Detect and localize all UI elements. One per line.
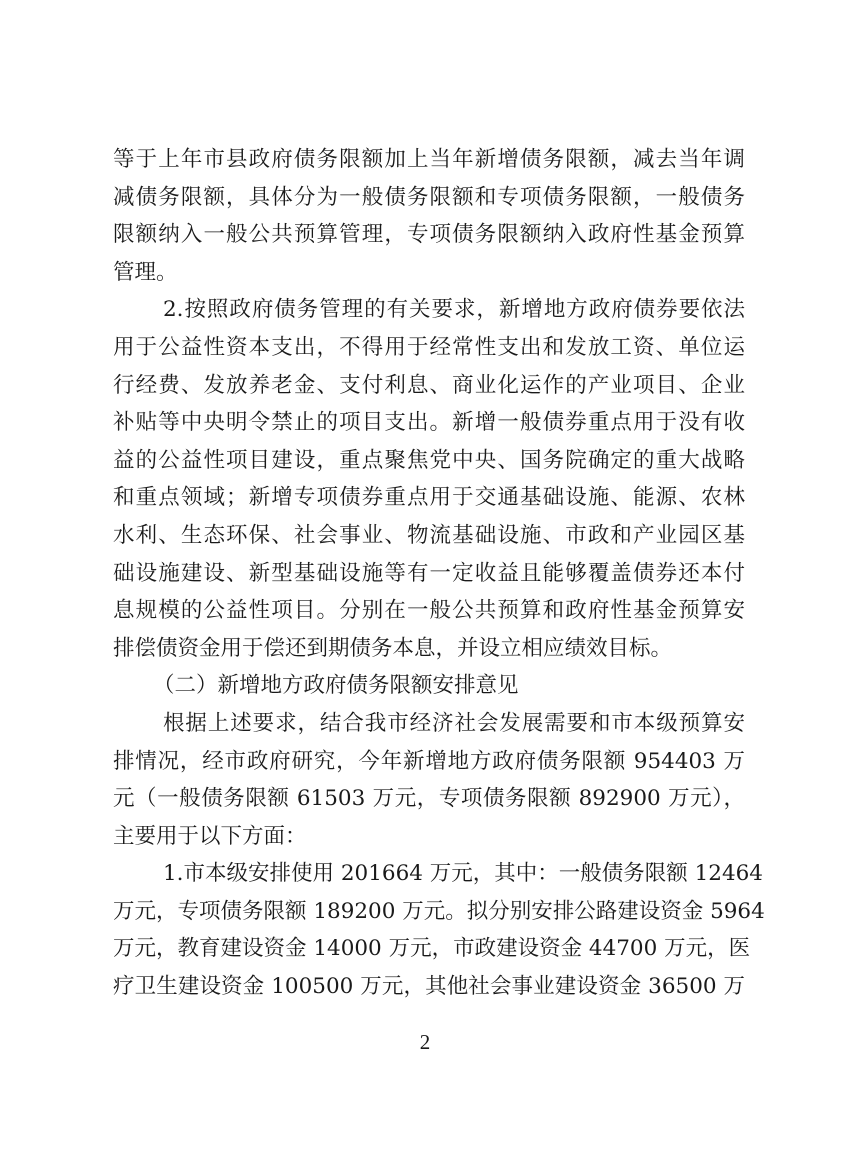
text-line: 万元，教育建设资金 14000 万元，市政建设资金 44700 万元，医 bbox=[113, 930, 745, 968]
text-line: 排偿债资金用于偿还到期债务本息，并设立相应绩效目标。 bbox=[113, 630, 745, 668]
text-line: 益的公益性项目建设，重点聚焦党中央、国务院确定的重大战略 bbox=[113, 442, 745, 480]
text-line: 疗卫生建设资金 100500 万元，其他社会事业建设资金 36500 万 bbox=[113, 968, 745, 1006]
text-line: 补贴等中央明令禁止的项目支出。新增一般债券重点用于没有收 bbox=[113, 404, 745, 442]
text-line: 管理。 bbox=[113, 254, 745, 292]
paragraph-debt-limit-definition: 等于上年市县政府债务限额加上当年新增债务限额，减去当年调 减债务限额，具体分为一… bbox=[113, 141, 745, 291]
text-line: 1.市本级安排使用 201664 万元，其中：一般债务限额 12464 bbox=[113, 855, 745, 893]
text-line: 础设施建设、新型基础设施等有一定收益且能够覆盖债券还本付 bbox=[113, 555, 745, 593]
page-number: 2 bbox=[0, 1030, 850, 1055]
text-line: 万元，专项债务限额 189200 万元。拟分别安排公路建设资金 5964 bbox=[113, 893, 745, 931]
document-page: 等于上年市县政府债务限额加上当年新增债务限额，减去当年调 减债务限额，具体分为一… bbox=[0, 0, 850, 1150]
text-line: 行经费、发放养老金、支付利息、商业化运作的产业项目、企业 bbox=[113, 367, 745, 405]
text-line: 等于上年市县政府债务限额加上当年新增债务限额，减去当年调 bbox=[113, 141, 745, 179]
text-line: 用于公益性资本支出，不得用于经常性支出和发放工资、单位运 bbox=[113, 329, 745, 367]
text-line: 主要用于以下方面： bbox=[113, 818, 745, 856]
text-line: 2.按照政府债务管理的有关要求，新增地方政府债券要依法 bbox=[113, 291, 745, 329]
paragraph-bond-usage-requirements: 2.按照政府债务管理的有关要求，新增地方政府债券要依法 用于公益性资本支出，不得… bbox=[113, 291, 745, 667]
text-line: 减债务限额，具体分为一般债务限额和专项债务限额，一般债务 bbox=[113, 179, 745, 217]
document-body: 等于上年市县政府债务限额加上当年新增债务限额，减去当年调 减债务限额，具体分为一… bbox=[113, 141, 745, 1006]
text-line: 排情况，经市政府研究，今年新增地方政府债务限额 954403 万 bbox=[113, 743, 745, 781]
text-line: 根据上述要求，结合我市经济社会发展需要和市本级预算安 bbox=[113, 705, 745, 743]
text-line: 限额纳入一般公共预算管理，专项债务限额纳入政府性基金预算 bbox=[113, 216, 745, 254]
paragraph-new-debt-limit-summary: 根据上述要求，结合我市经济社会发展需要和市本级预算安 排情况，经市政府研究，今年… bbox=[113, 705, 745, 855]
paragraph-city-level-allocation: 1.市本级安排使用 201664 万元，其中：一般债务限额 12464 万元，专… bbox=[113, 855, 745, 1005]
text-line: 息规模的公益性项目。分别在一般公共预算和政府性基金预算安 bbox=[113, 592, 745, 630]
text-line: 水利、生态环保、社会事业、物流基础设施、市政和产业园区基 bbox=[113, 517, 745, 555]
text-line: 元（一般债务限额 61503 万元，专项债务限额 892900 万元）， bbox=[113, 780, 745, 818]
text-line: 和重点领域；新增专项债券重点用于交通基础设施、能源、农林 bbox=[113, 479, 745, 517]
section-heading: （二）新增地方政府债务限额安排意见 bbox=[113, 667, 745, 705]
